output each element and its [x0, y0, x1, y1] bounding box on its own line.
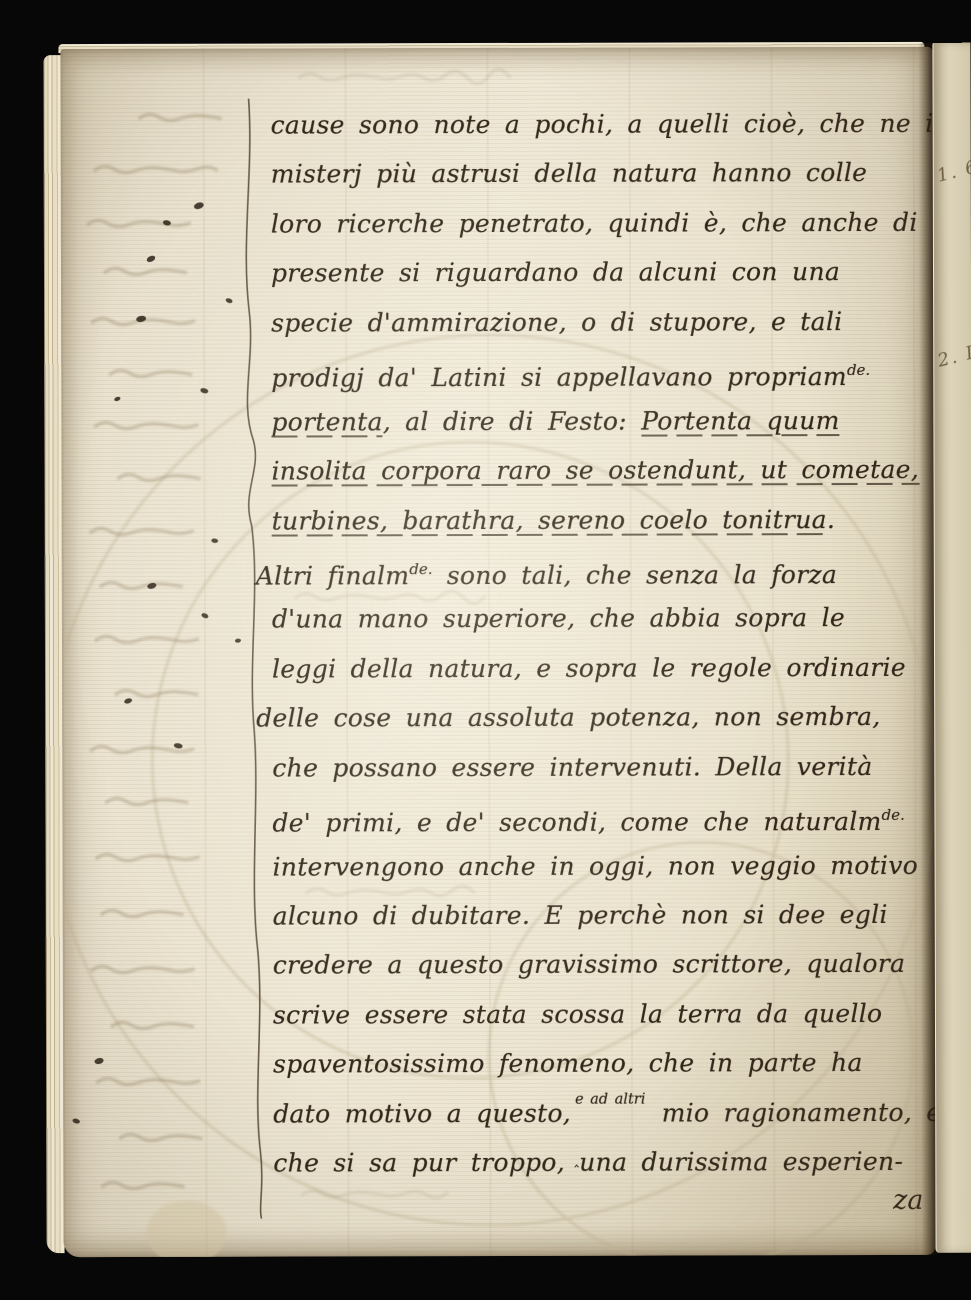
manuscript-line: misterj più astrusi della natura hanno c…: [271, 148, 933, 199]
line-segment: alcuno di dubitare. E perchè non si dee …: [273, 900, 888, 931]
line-segment: sono tali, che senza la forza: [433, 560, 838, 590]
manuscript-line: leggi della natura, e sopra le regole or…: [272, 643, 934, 694]
line-segment: loro ricerche penetrato, quindi è, che a…: [271, 208, 918, 239]
manuscript-line: portenta, al dire di Festo: Portenta quu…: [271, 395, 933, 446]
manuscript-line: turbines, barathra, sereno coelo tonitru…: [272, 494, 934, 545]
line-segment: delle cose una assoluta potenza, non sem…: [256, 702, 880, 733]
line-segment: presente si riguardano da alcuni con una: [271, 257, 840, 287]
manuscript-line: spaventosissimo fenomeno, che in parte h…: [273, 1038, 935, 1089]
line-segment: credere a questo gravissimo scrittore, q…: [273, 949, 906, 980]
manuscript-line: scrive essere stata scossa la terra da q…: [273, 989, 935, 1040]
margin-mark: 2. L.: [935, 339, 971, 372]
line-segment: de.: [409, 560, 432, 578]
line-segment: de' primi, e de' secondi, come che natur…: [272, 807, 881, 838]
manuscript-line: Altri finalmde. sono tali, che senza la …: [256, 544, 934, 595]
manuscript-line: credere a questo gravissimo scrittore, q…: [273, 939, 935, 990]
manuscript-line: che si sa pur troppo, una durissima espe…: [273, 1137, 935, 1188]
manuscript-line: de' primi, e de' secondi, come che natur…: [272, 791, 934, 842]
manuscript-line: dato motivo a questo,e ad altri mio ragi…: [273, 1088, 935, 1139]
manuscript-line: d'una mano superiore, che abbia sopra le: [272, 593, 934, 644]
line-segment: dato motivo a questo,: [273, 1099, 571, 1129]
line-segment: Portenta quum: [641, 406, 840, 437]
line-segment: d'una mano superiore, che abbia sopra le: [272, 603, 845, 634]
line-segment: insolita corpora raro se ostendunt, ut c…: [271, 455, 919, 487]
line-segment: intervengono anche in oggi, non veggio m…: [273, 850, 919, 881]
open-book: cause sono note a pochi, a quelli cioè, …: [0, 0, 971, 1300]
line-segment: turbines, barathra, sereno coelo tonitru…: [272, 505, 827, 536]
line-segment: spaventosissimo fenomeno, che in parte h…: [273, 1048, 863, 1079]
facing-page-sliver: 1. 6 2. L.: [932, 43, 971, 1253]
line-segment: cause sono note a pochi, a quelli cioè, …: [271, 109, 934, 140]
manuscript-text-layer: cause sono note a pochi, a quelli cioè, …: [60, 47, 935, 1257]
manuscript-line: intervengono anche in oggi, non veggio m…: [273, 840, 935, 891]
line-segment: scrive essere stata scossa la terra da q…: [273, 999, 882, 1030]
manuscript-line: cause sono note a pochi, a quelli cioè, …: [271, 99, 933, 150]
manuscript-line: insolita corpora raro se ostendunt, ut c…: [271, 445, 933, 496]
margin-mark: 1. 6: [935, 156, 971, 187]
line-segment: Altri finalm: [256, 561, 410, 590]
manuscript-line: che possano essere intervenuti. Della ve…: [272, 742, 934, 793]
manuscript-line: prodigj da' Latini si appellavano propri…: [271, 346, 933, 397]
line-segment: prodigj da' Latini si appellavano propri…: [271, 362, 847, 393]
line-segment: mio ragionamento, e: [647, 1098, 941, 1128]
manuscript-line: loro ricerche penetrato, quindi è, che a…: [271, 198, 933, 249]
line-segment: che possano essere intervenuti. Della ve…: [272, 752, 872, 783]
catchword: za: [893, 1185, 923, 1216]
line-segment: misterj più astrusi della natura hanno c…: [271, 158, 868, 189]
manuscript-line: presente si riguardano da alcuni con una: [271, 247, 933, 298]
text-block: cause sono note a pochi, a quelli cioè, …: [271, 99, 936, 1188]
manuscript-line: delle cose una assoluta potenza, non sem…: [256, 692, 934, 743]
line-segment: de.: [882, 806, 905, 824]
manuscript-line: specie d'ammirazione, o di stupore, e ta…: [271, 297, 933, 348]
line-segment: , al dire di Festo:: [383, 406, 642, 436]
line-segment: leggi della natura, e sopra le regole or…: [272, 653, 906, 684]
manuscript-line: alcuno di dubitare. E perchè non si dee …: [273, 890, 935, 941]
interlinear-insertion: e ad altri: [575, 1091, 645, 1107]
line-segment: specie d'ammirazione, o di stupore, e ta…: [271, 307, 842, 337]
photograph-backdrop: cause sono note a pochi, a quelli cioè, …: [0, 0, 971, 1300]
line-segment: de.: [847, 361, 870, 379]
line-segment: .: [827, 505, 835, 534]
line-segment: portenta: [271, 407, 382, 437]
line-segment: che si sa pur troppo, una durissima espe…: [273, 1147, 903, 1178]
